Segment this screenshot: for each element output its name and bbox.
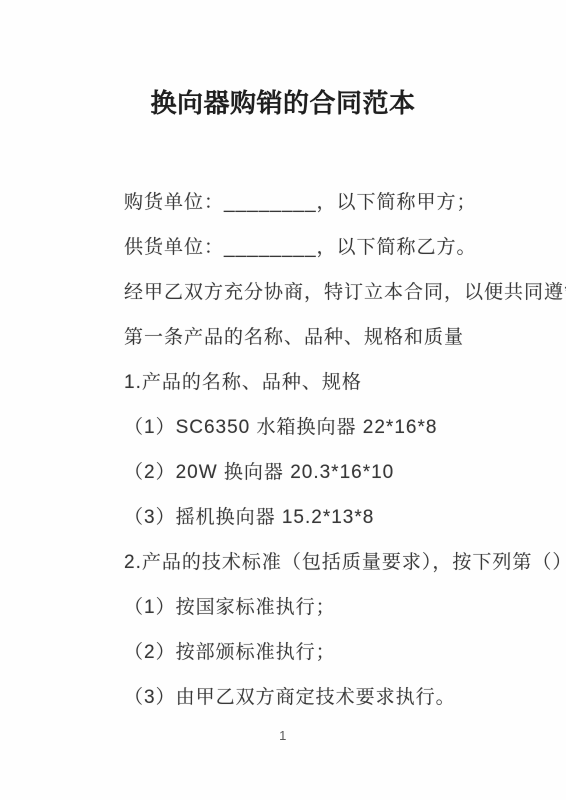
document-body: 购货单位：________，以下简称甲方； 供货单位：________，以下简称… bbox=[124, 180, 556, 720]
paragraph-supplier-unit: 供货单位：________，以下简称乙方。 bbox=[124, 225, 556, 270]
clause-product-names: 1.产品的名称、品种、规格 bbox=[124, 360, 556, 405]
heading-article-one: 第一条产品的名称、品种、规格和质量 bbox=[124, 315, 556, 360]
page-number: 1 bbox=[0, 728, 566, 743]
paragraph-buyer-unit: 购货单位：________，以下简称甲方； bbox=[124, 180, 556, 225]
standard-option-1: （1）按国家标准执行； bbox=[124, 585, 556, 630]
product-item-3: （3）摇机换向器 15.2*13*8 bbox=[124, 495, 556, 540]
contract-document-page: 换向器购销的合同范本 购货单位：________，以下简称甲方； 供货单位：__… bbox=[0, 0, 566, 800]
clause-technical-standard: 2.产品的技术标准（包括质量要求），按下列第（）项执行： bbox=[124, 540, 556, 585]
standard-option-2: （2）按部颁标准执行； bbox=[124, 630, 556, 675]
document-title: 换向器购销的合同范本 bbox=[0, 88, 566, 118]
product-item-2: （2）20W 换向器 20.3*16*10 bbox=[124, 450, 556, 495]
standard-option-3: （3）由甲乙双方商定技术要求执行。 bbox=[124, 675, 556, 720]
paragraph-preamble: 经甲乙双方充分协商，特订立本合同，以便共同遵守。 bbox=[124, 270, 556, 315]
product-item-1: （1）SC6350 水箱换向器 22*16*8 bbox=[124, 405, 556, 450]
